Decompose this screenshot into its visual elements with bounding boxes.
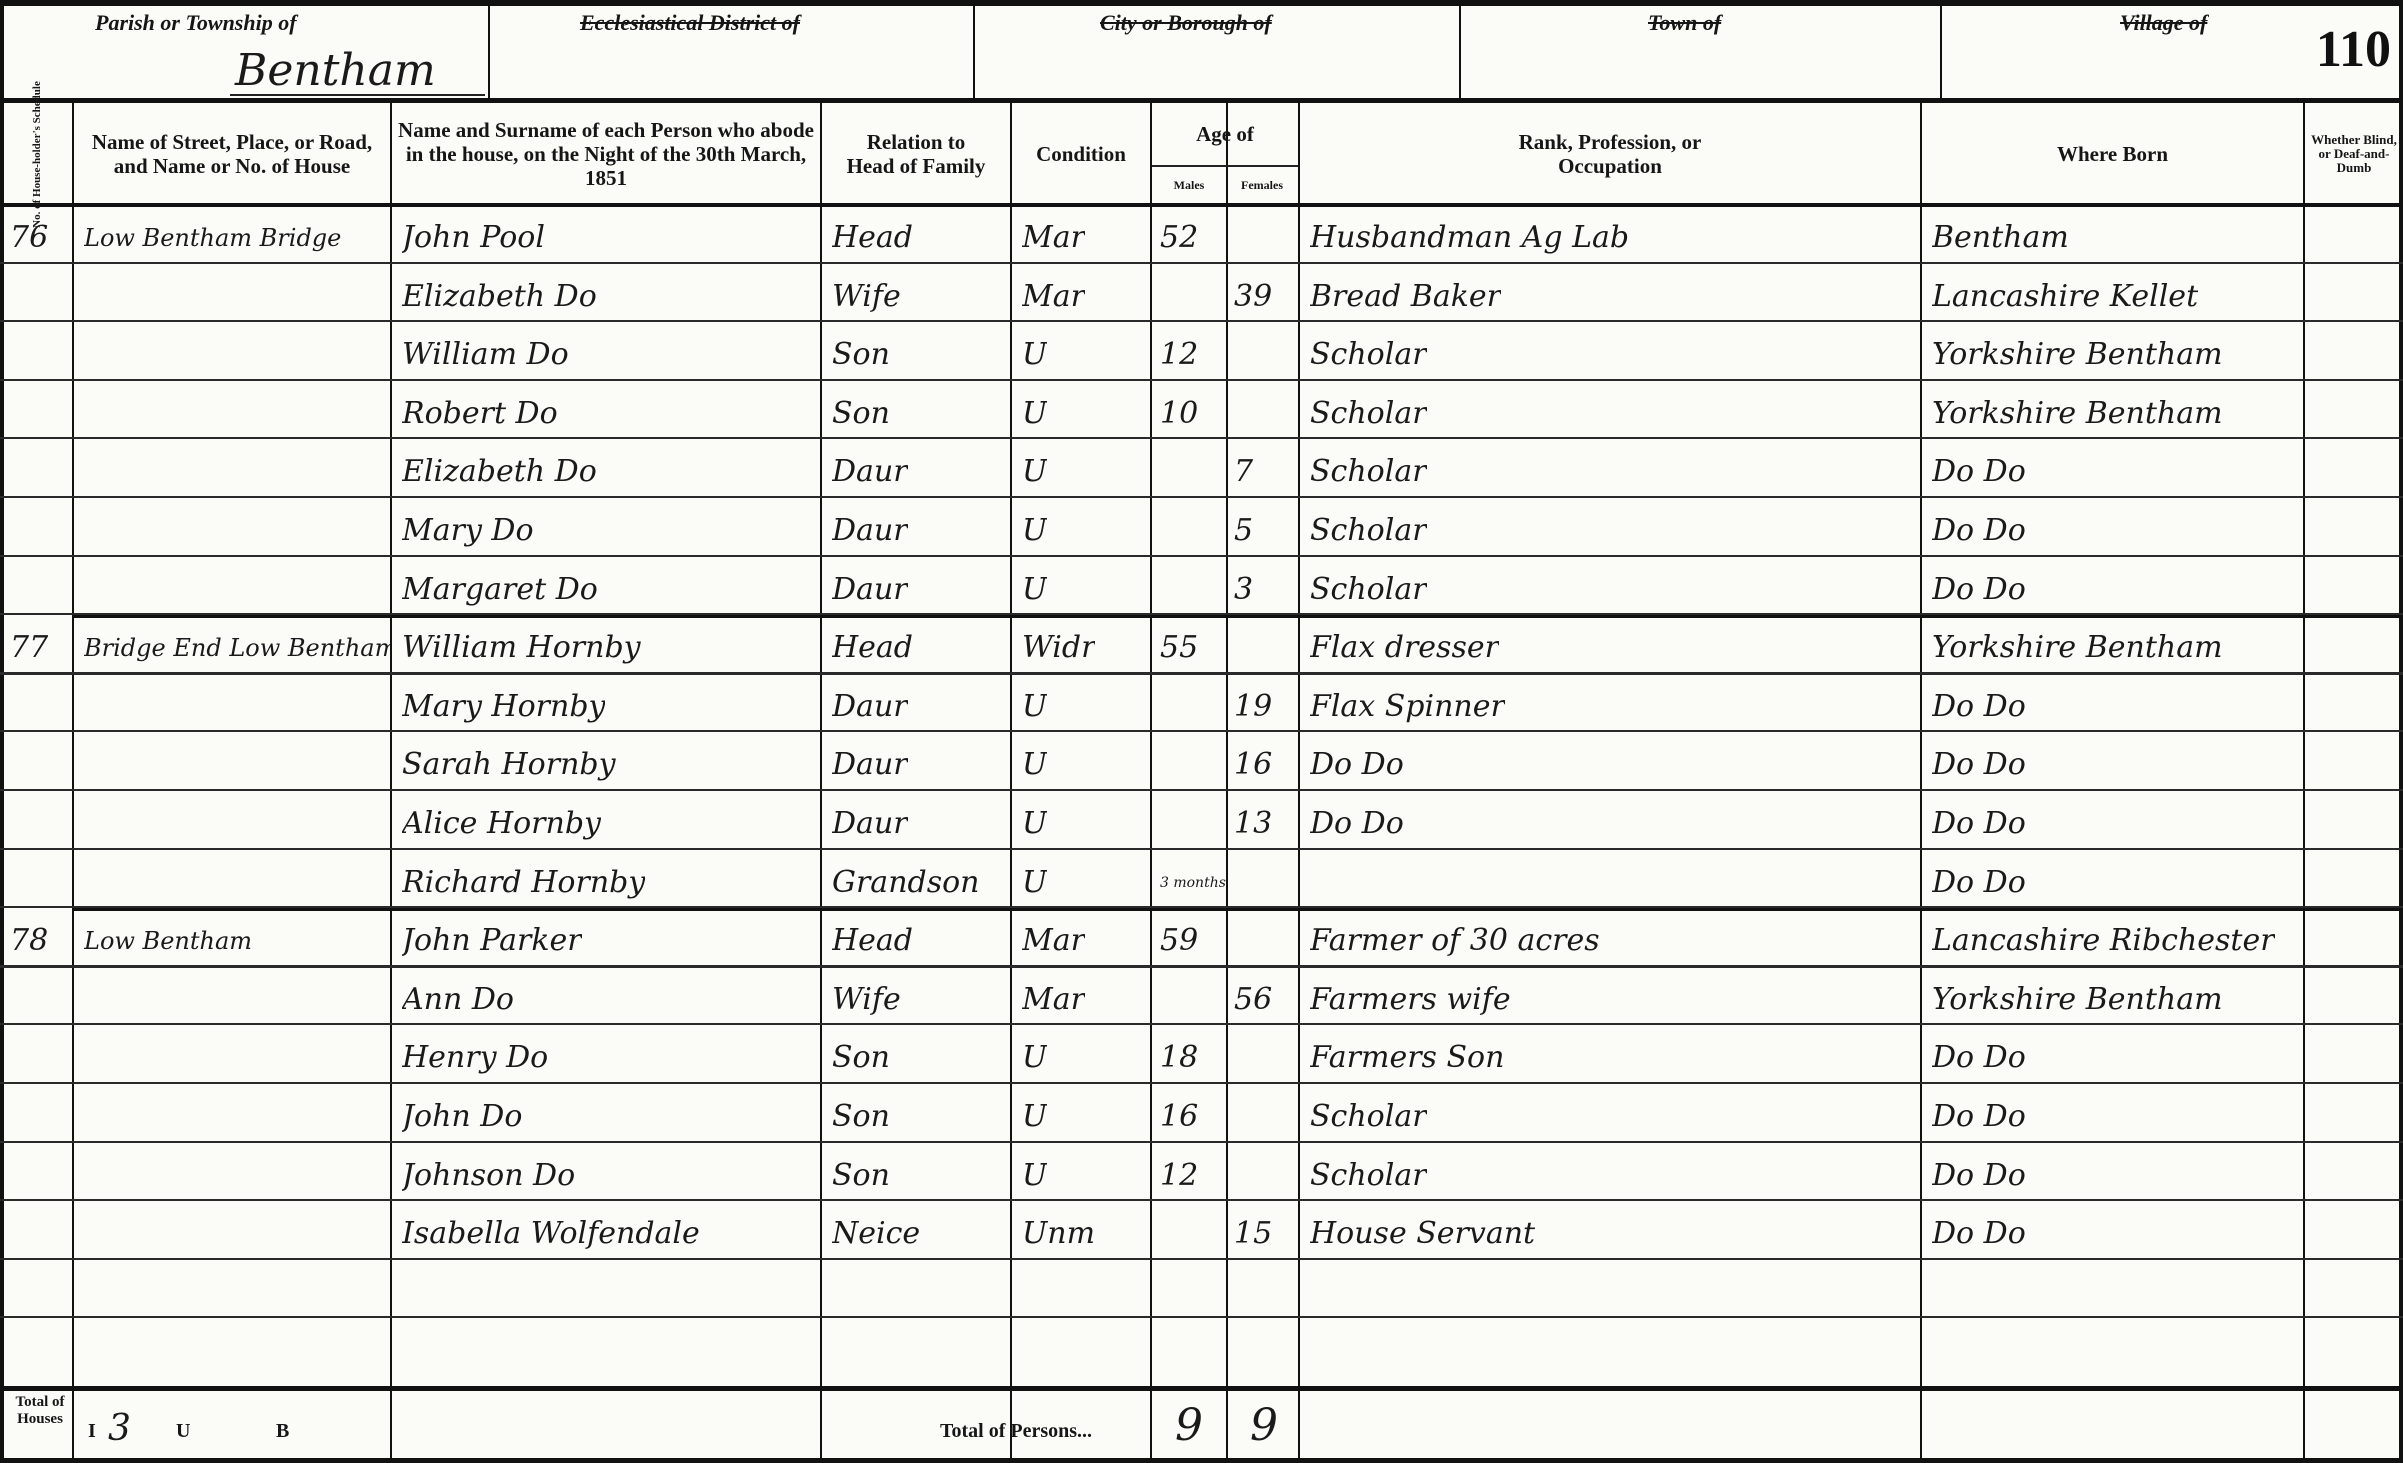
top-border [0, 0, 2403, 6]
relation: Son [832, 338, 890, 372]
female-age: 39 [1234, 280, 1272, 314]
relation: Daur [832, 573, 908, 607]
page-number: 110 [2316, 20, 2391, 79]
parish-underline [230, 94, 485, 96]
row-rule [0, 1316, 2403, 1318]
row-rule [0, 730, 2403, 732]
total-houses-label: Total of Houses [8, 1394, 72, 1428]
row-rule [0, 437, 2403, 439]
condition: U [1022, 1100, 1047, 1134]
census-page: Parish or Township of Bentham Ecclesiast… [0, 0, 2403, 1463]
village-label: Village of [2120, 10, 2207, 36]
relation: Neice [832, 1217, 920, 1251]
person-name: John Do [402, 1100, 522, 1134]
female-age: 16 [1234, 748, 1272, 782]
person-name: John Pool [402, 221, 545, 255]
occupation: Farmers wife [1310, 983, 1511, 1017]
person-name: Johnson Do [402, 1159, 575, 1193]
col-header-occupation: Rank, Profession, or Occupation [1300, 104, 1920, 204]
column-divider [1150, 100, 1152, 1460]
condition: Mar [1022, 983, 1085, 1017]
column-divider [72, 100, 74, 1460]
person-name: Isabella Wolfendale [402, 1217, 700, 1251]
ecclesiastical-district-label: Ecclesiastical District of [580, 10, 800, 36]
occupation: Bread Baker [1310, 280, 1501, 314]
relation: Daur [832, 748, 908, 782]
occupation: Flax Spinner [1310, 690, 1505, 724]
where-born: Lancashire Kellet [1932, 280, 2198, 314]
column-divider [2303, 100, 2305, 1460]
street-name: Low Bentham [84, 924, 252, 958]
condition: Mar [1022, 221, 1085, 255]
male-age: 52 [1160, 221, 1198, 255]
banner-divider [488, 0, 490, 100]
condition: Widr [1022, 631, 1095, 665]
relation: Grandson [832, 866, 980, 900]
row-rule [0, 1258, 2403, 1260]
col-header-condition: Condition [1012, 104, 1150, 204]
person-name: John Parker [402, 924, 582, 958]
occupation: Do Do [1310, 748, 1404, 782]
male-age: 12 [1160, 1159, 1198, 1193]
relation: Daur [832, 690, 908, 724]
col-header-age: Age of [1152, 104, 1298, 164]
male-age: 18 [1160, 1041, 1198, 1075]
condition: U [1022, 455, 1047, 489]
relation: Wife [832, 280, 901, 314]
column-divider [1920, 100, 1922, 1460]
condition: Unm [1022, 1217, 1095, 1251]
condition: U [1022, 573, 1047, 607]
female-age: 15 [1234, 1217, 1272, 1251]
person-name: Elizabeth Do [402, 280, 597, 314]
occupation: Scholar [1310, 573, 1427, 607]
column-divider [1298, 100, 1300, 1460]
household-divider [72, 908, 2403, 911]
occupation: Husbandman Ag Lab [1310, 221, 1629, 255]
female-age: 19 [1234, 690, 1272, 724]
person-name: Henry Do [402, 1041, 548, 1075]
occupation: Farmer of 30 acres [1310, 924, 1600, 958]
relation: Head [832, 924, 913, 958]
city-borough-label: City or Borough of [1100, 10, 1272, 36]
relation: Son [832, 1100, 890, 1134]
inhabited-value: 3 [108, 1408, 131, 1449]
condition: U [1022, 338, 1047, 372]
person-name: Richard Hornby [402, 866, 645, 900]
condition: U [1022, 748, 1047, 782]
occupation: Scholar [1310, 455, 1427, 489]
col-header-schedule: No. of House-holder's Schedule [4, 106, 70, 202]
banner-divider [1459, 0, 1461, 100]
relation: Head [832, 221, 913, 255]
row-rule [0, 262, 2403, 264]
female-age: 13 [1234, 807, 1272, 841]
female-age: 56 [1234, 983, 1272, 1017]
totals-top-line [0, 1386, 2403, 1391]
col-header-females: Females [1226, 178, 1298, 193]
banner-divider [1940, 0, 1942, 100]
relation: Daur [832, 455, 908, 489]
female-age: 5 [1234, 514, 1253, 548]
where-born: Do Do [1932, 748, 2026, 782]
column-divider [1010, 100, 1012, 1460]
where-born: Yorkshire Bentham [1932, 983, 2223, 1017]
row-rule [0, 672, 2403, 675]
condition: U [1022, 1159, 1047, 1193]
male-age: 59 [1160, 924, 1198, 958]
where-born: Bentham [1932, 221, 2069, 255]
relation: Son [832, 1159, 890, 1193]
where-born: Do Do [1932, 807, 2026, 841]
column-divider [1226, 100, 1228, 1460]
uninhabited-label: U [176, 1420, 190, 1443]
col-header-blind: Whether Blind, or Deaf-and-Dumb [2305, 104, 2403, 204]
schedule-number: 77 [10, 631, 48, 665]
person-name: Mary Do [402, 514, 534, 548]
where-born: Do Do [1932, 455, 2026, 489]
parish-label: Parish or Township of [95, 10, 297, 36]
where-born: Do Do [1932, 866, 2026, 900]
condition: U [1022, 866, 1047, 900]
condition: U [1022, 1041, 1047, 1075]
column-divider [820, 100, 822, 1460]
person-name: Sarah Hornby [402, 748, 616, 782]
male-age: 12 [1160, 338, 1198, 372]
row-rule [0, 1023, 2403, 1025]
row-rule [0, 965, 2403, 968]
row-rule [0, 555, 2403, 557]
schedule-number: 78 [10, 924, 48, 958]
occupation: Scholar [1310, 1100, 1427, 1134]
relation: Son [832, 397, 890, 431]
col-header-relation: Relation to Head of Family [822, 104, 1010, 204]
row-rule [0, 1199, 2403, 1201]
col-header-name: Name and Surname of each Person who abod… [392, 104, 820, 204]
where-born: Do Do [1932, 1217, 2026, 1251]
male-age: 10 [1160, 397, 1198, 431]
column-divider [390, 100, 392, 1460]
col-header-street: Name of Street, Place, or Road, and Name… [74, 104, 390, 204]
inhabited-label: I [88, 1420, 96, 1443]
condition: U [1022, 397, 1047, 431]
row-rule [0, 1141, 2403, 1143]
bottom-border [0, 1458, 2403, 1463]
total-males: 9 [1175, 1400, 1203, 1451]
male-age: 16 [1160, 1100, 1198, 1134]
building-label: B [276, 1420, 289, 1443]
row-rule [0, 320, 2403, 322]
where-born: Do Do [1932, 573, 2026, 607]
total-females: 9 [1250, 1400, 1278, 1451]
parish-value: Bentham [235, 45, 436, 96]
household-divider [72, 615, 2403, 618]
schedule-number: 76 [10, 221, 48, 255]
town-label: Town of [1648, 10, 1721, 36]
relation: Daur [832, 807, 908, 841]
banner-divider [973, 0, 975, 100]
female-age: 3 [1234, 573, 1253, 607]
male-age: 55 [1160, 631, 1198, 665]
where-born: Do Do [1932, 1041, 2026, 1075]
occupation: Farmers Son [1310, 1041, 1504, 1075]
person-name: William Hornby [402, 631, 641, 665]
person-name: Alice Hornby [402, 807, 601, 841]
condition: Mar [1022, 280, 1085, 314]
occupation: Scholar [1310, 514, 1427, 548]
occupation: Scholar [1310, 1159, 1427, 1193]
where-born: Do Do [1932, 1100, 2026, 1134]
where-born: Yorkshire Bentham [1932, 631, 2223, 665]
row-rule [0, 789, 2403, 791]
relation: Head [832, 631, 913, 665]
person-name: Elizabeth Do [402, 455, 597, 489]
person-name: Robert Do [402, 397, 558, 431]
person-name: Mary Hornby [402, 690, 605, 724]
age-subheader-line [1152, 165, 1298, 167]
male-age: 3 months [1160, 866, 1226, 900]
where-born: Lancashire Ribchester [1932, 924, 2275, 958]
occupation: House Servant [1310, 1217, 1535, 1251]
female-age: 7 [1234, 455, 1253, 489]
condition: U [1022, 807, 1047, 841]
condition: Mar [1022, 924, 1085, 958]
street-name: Low Bentham Bridge [84, 221, 341, 255]
where-born: Yorkshire Bentham [1932, 397, 2223, 431]
occupation: Flax dresser [1310, 631, 1499, 665]
person-name: William Do [402, 338, 569, 372]
condition: U [1022, 514, 1047, 548]
person-name: Ann Do [402, 983, 514, 1017]
total-persons-label: Total of Persons... [940, 1420, 1092, 1443]
row-rule [0, 496, 2403, 498]
row-rule [0, 1082, 2403, 1084]
condition: U [1022, 690, 1047, 724]
relation: Daur [832, 514, 908, 548]
col-header-males: Males [1152, 178, 1226, 193]
relation: Son [832, 1041, 890, 1075]
where-born: Do Do [1932, 1159, 2026, 1193]
where-born: Do Do [1932, 690, 2026, 724]
relation: Wife [832, 983, 901, 1017]
where-born: Yorkshire Bentham [1932, 338, 2223, 372]
person-name: Margaret Do [402, 573, 598, 607]
row-rule [0, 848, 2403, 850]
col-header-where-born: Where Born [1922, 104, 2303, 204]
banner-divider [0, 98, 2403, 103]
where-born: Do Do [1932, 514, 2026, 548]
occupation: Scholar [1310, 397, 1427, 431]
row-rule [0, 379, 2403, 381]
street-name: Bridge End Low Bentham [84, 631, 390, 665]
occupation: Do Do [1310, 807, 1404, 841]
occupation: Scholar [1310, 338, 1427, 372]
